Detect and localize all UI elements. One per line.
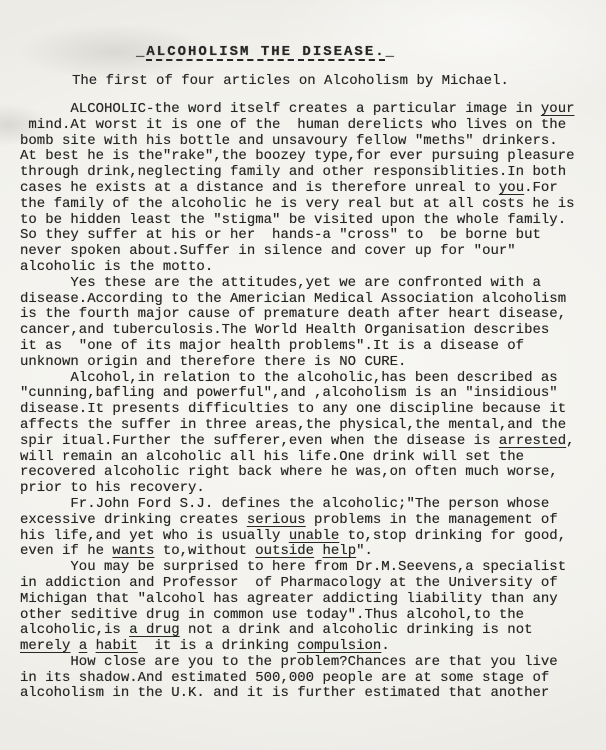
- text-line: will remain an alcoholic all his life.On…: [20, 450, 575, 466]
- text-segment: ,: [566, 433, 574, 449]
- text-line: it as "one of its major health problems"…: [20, 339, 575, 355]
- paragraph: ALCOHOLIC-the word itself creates a part…: [20, 102, 575, 276]
- text-segment: disease.It presents difficulties to any …: [20, 401, 566, 417]
- text-segment: in addiction and Professor of Pharmacolo…: [20, 575, 558, 591]
- text-line: affects the suffer in three areas,the ph…: [20, 418, 575, 434]
- text-line: You may be surprised to here from Dr.M.S…: [20, 560, 575, 576]
- text-segment: cancer,and tuberculosis.The World Health…: [20, 322, 549, 338]
- underlined-text: a: [79, 638, 87, 654]
- text-segment: Michigan that "alcohol has agreater addi…: [20, 591, 558, 607]
- scanned-typewritten-page: _ALCOHOLISM THE DISEASE._ The first of f…: [0, 0, 606, 750]
- text-line: alcoholic is the motto.: [20, 260, 575, 276]
- text-segment: will remain an alcoholic all his life.On…: [20, 449, 524, 465]
- underlined-text: arrested: [499, 433, 566, 449]
- underlined-text: wants: [112, 543, 154, 559]
- text-segment: .For: [524, 180, 558, 196]
- text-line: ALCOHOLIC-the word itself creates a part…: [20, 102, 575, 118]
- text-line: is the fourth major cause of premature d…: [20, 307, 575, 323]
- text-segment: Yes these are the attitudes,yet we are c…: [20, 275, 541, 291]
- text-segment: How close are you to the problem?Chances…: [20, 654, 558, 670]
- text-segment: excessive drinking creates: [20, 512, 247, 528]
- underlined-text: you: [499, 180, 524, 196]
- text-line: cancer,and tuberculosis.The World Health…: [20, 323, 575, 339]
- text-segment: to,without: [154, 543, 255, 559]
- text-line: never spoken about.Suffer in silence and…: [20, 244, 575, 260]
- text-segment: alcoholism in the U.K. and it is further…: [20, 685, 549, 701]
- underlined-text: your: [541, 101, 575, 117]
- text-segment: to,stop drinking for good,: [339, 528, 566, 544]
- text-segment: is the fourth major cause of premature d…: [20, 306, 566, 322]
- text-segment: You may be surprised to here from Dr.M.S…: [20, 559, 566, 575]
- text-segment: alcoholic is the motto.: [20, 259, 213, 275]
- text-segment: bomb site with his bottle and unsavoury …: [20, 133, 558, 149]
- text-line: to be hidden least the "stigma" be visit…: [20, 213, 575, 229]
- text-segment: even if he: [20, 543, 112, 559]
- text-segment: "cunning,bafling and powerful",and ,alco…: [20, 385, 558, 401]
- text-line: Yes these are the attitudes,yet we are c…: [20, 276, 575, 292]
- text-line: his life,and yet who is usually unable t…: [20, 529, 575, 545]
- text-segment: prior to his recovery.: [20, 480, 205, 496]
- underlined-text: help: [322, 543, 356, 559]
- text-line: "cunning,bafling and powerful",and ,alco…: [20, 386, 575, 402]
- text-line: even if he wants to,without outside help…: [20, 544, 575, 560]
- document-subtitle: The first of four articles on Alcoholism…: [72, 73, 509, 89]
- underlined-text: serious: [247, 512, 306, 528]
- text-segment: unknown origin and therefore there is NO…: [20, 354, 406, 370]
- title-underscore-left: _: [136, 44, 146, 60]
- document-body: ALCOHOLIC-the word itself creates a part…: [20, 102, 575, 702]
- text-line: alcoholic,is a drug not a drink and alco…: [20, 623, 575, 639]
- underlined-text: unable: [289, 528, 339, 544]
- text-segment: problems in the management of: [306, 512, 558, 528]
- text-line: recovered alcoholic right back where he …: [20, 465, 575, 481]
- text-line: cases he exists at a distance and is the…: [20, 181, 575, 197]
- text-line: disease.It presents difficulties to any …: [20, 402, 575, 418]
- text-line: the family of the alcoholic he is very r…: [20, 197, 575, 213]
- text-segment: cases he exists at a distance and is the…: [20, 180, 499, 196]
- text-line: other seditive drug in common use today"…: [20, 608, 575, 624]
- text-segment: Alcohol,in relation to the alcoholic,has…: [20, 370, 558, 386]
- paragraph: You may be surprised to here from Dr.M.S…: [20, 560, 575, 655]
- page-title-text: ALCOHOLISM THE DISEASE.: [146, 44, 385, 60]
- text-line: Alcohol,in relation to the alcoholic,has…: [20, 371, 575, 387]
- text-segment: it as "one of its major health problems"…: [20, 338, 524, 354]
- title-underscore-right: _: [386, 44, 396, 60]
- text-segment: not a drink and alcoholic drinking is no…: [180, 622, 533, 638]
- text-segment: [70, 638, 78, 654]
- text-segment: the family of the alcoholic he is very r…: [20, 196, 575, 212]
- text-line: spir itual.Further the sufferer,even whe…: [20, 434, 575, 450]
- text-segment: in its shadow.And estimated 500,000 peop…: [20, 670, 549, 686]
- text-line: through drink,neglecting family and othe…: [20, 165, 575, 181]
- text-segment: ".: [356, 543, 373, 559]
- text-segment: spir itual.Further the sufferer,even whe…: [20, 433, 499, 449]
- text-segment: to be hidden least the "stigma" be visit…: [20, 212, 566, 228]
- text-line: disease.According to the Americian Medic…: [20, 292, 575, 308]
- text-line: prior to his recovery.: [20, 481, 575, 497]
- text-segment: other seditive drug in common use today"…: [20, 607, 524, 623]
- paragraph: Yes these are the attitudes,yet we are c…: [20, 276, 575, 371]
- text-segment: through drink,neglecting family and othe…: [20, 164, 566, 180]
- page-title: _ALCOHOLISM THE DISEASE._: [136, 44, 396, 60]
- text-line: excessive drinking creates serious probl…: [20, 513, 575, 529]
- text-line: merely a habit it is a drinking compulsi…: [20, 639, 575, 655]
- text-line: unknown origin and therefore there is NO…: [20, 355, 575, 371]
- text-segment: his life,and yet who is usually: [20, 528, 289, 544]
- paragraph: Alcohol,in relation to the alcoholic,has…: [20, 371, 575, 497]
- text-line: How close are you to the problem?Chances…: [20, 655, 575, 671]
- text-segment: ALCOHOLIC-the word itself creates a part…: [20, 101, 541, 117]
- text-line: So they suffer at his or her hands-a "cr…: [20, 228, 575, 244]
- paragraph: Fr.John Ford S.J. defines the alcoholic;…: [20, 497, 575, 560]
- text-segment: it is a drinking: [138, 638, 298, 654]
- text-segment: .: [381, 638, 389, 654]
- paragraph: How close are you to the problem?Chances…: [20, 655, 575, 702]
- text-segment: affects the suffer in three areas,the ph…: [20, 417, 566, 433]
- text-line: At best he is the"rake",the boozey type,…: [20, 149, 575, 165]
- underlined-text: outside: [255, 543, 314, 559]
- text-segment: mind.At worst it is one of the human der…: [20, 117, 566, 133]
- text-line: Michigan that "alcohol has agreater addi…: [20, 592, 575, 608]
- underlined-text: habit: [96, 638, 138, 654]
- underlined-text: a drug: [129, 622, 179, 638]
- text-segment: disease.According to the Americian Medic…: [20, 291, 566, 307]
- text-line: mind.At worst it is one of the human der…: [20, 118, 575, 134]
- text-segment: Fr.John Ford S.J. defines the alcoholic;…: [20, 496, 549, 512]
- text-line: alcoholism in the U.K. and it is further…: [20, 686, 575, 702]
- underlined-text: merely: [20, 638, 70, 654]
- text-line: Fr.John Ford S.J. defines the alcoholic;…: [20, 497, 575, 513]
- text-segment: never spoken about.Suffer in silence and…: [20, 243, 516, 259]
- underlined-text: compulsion: [297, 638, 381, 654]
- text-segment: alcoholic,is: [20, 622, 129, 638]
- text-segment: [87, 638, 95, 654]
- text-segment: So they suffer at his or her hands-a "cr…: [20, 227, 541, 243]
- text-segment: recovered alcoholic right back where he …: [20, 464, 558, 480]
- text-segment: At best he is the"rake",the boozey type,…: [20, 148, 575, 164]
- text-line: in addiction and Professor of Pharmacolo…: [20, 576, 575, 592]
